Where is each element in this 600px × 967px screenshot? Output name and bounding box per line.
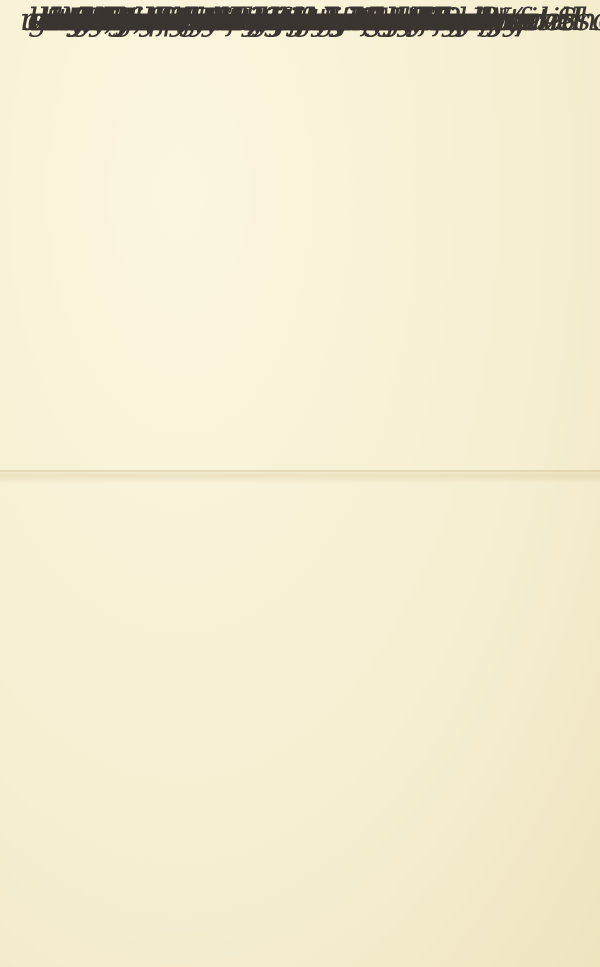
- letter-page: We've been lucky in getting to re-regist…: [0, 0, 600, 967]
- letter-line-28: next day. He works from 5 p.m. till one.: [20, 0, 600, 40]
- paper-fold-line: [0, 470, 600, 472]
